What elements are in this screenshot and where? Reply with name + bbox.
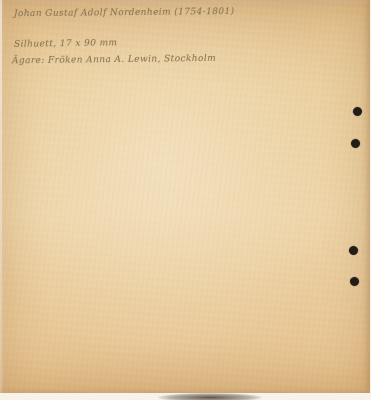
scan-bottom-edge (0, 393, 371, 400)
scan-background: Johan Gustaf Adolf Nordenheim (1754-1801… (0, 0, 371, 400)
paper-edge-highlight (0, 0, 2, 393)
handwritten-line-owner: Ägare: Fröken Anna A. Lewin, Stockholm (12, 54, 216, 66)
ink-dot (351, 139, 360, 148)
handwritten-line-medium: Silhuett, 17 x 90 mm (14, 38, 118, 49)
ink-dot (353, 107, 362, 116)
page-edge-shadow (158, 393, 262, 400)
ink-dot (350, 277, 359, 286)
handwritten-line-title: Johan Gustaf Adolf Nordenheim (1754-1801… (14, 7, 235, 19)
ink-dot (349, 246, 358, 255)
archival-card: Johan Gustaf Adolf Nordenheim (1754-1801… (0, 0, 370, 394)
